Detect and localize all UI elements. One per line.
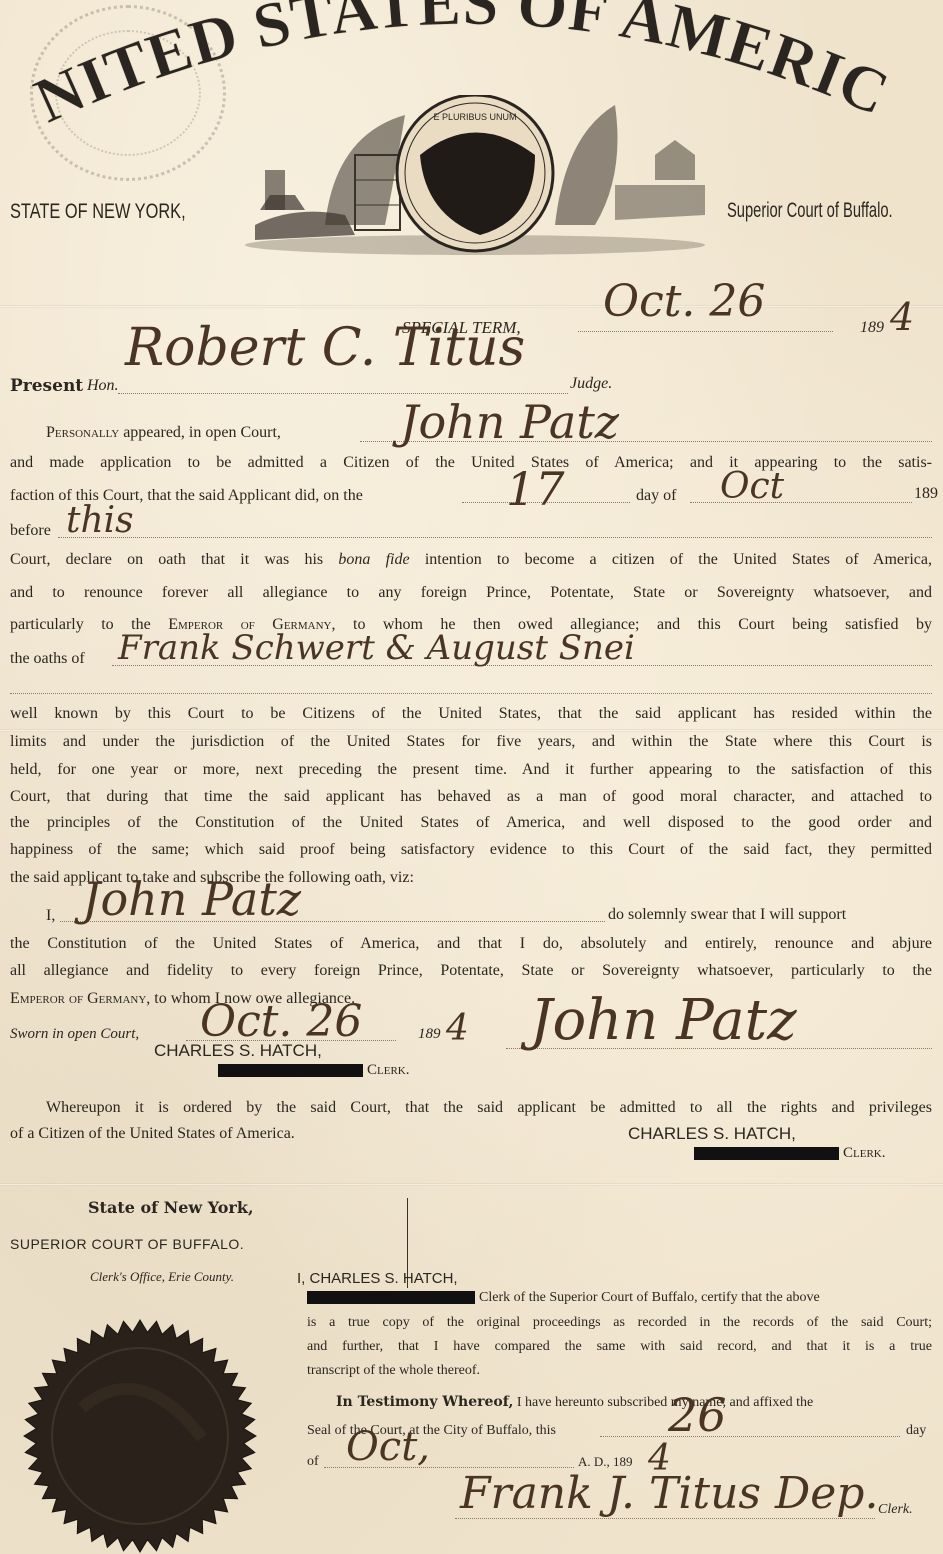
sworn-year-handwritten: 4: [446, 1008, 469, 1049]
oath-clerk-line: Clerk.: [218, 1062, 409, 1079]
before-court-field[interactable]: [58, 537, 932, 538]
certificate-month-handwritten: Oct,: [346, 1424, 430, 1470]
redaction-bar: [218, 1064, 363, 1077]
certificate-line: is a true copy of the original proceedin…: [307, 1313, 932, 1333]
certificate-line: Clerk of the Superior Court of Buffalo, …: [307, 1290, 820, 1306]
personally-appeared-text: Personally appeared, in open Court,: [46, 423, 281, 443]
certificate-signature-handwritten: Frank J. Titus Dep.: [460, 1468, 878, 1519]
body-line: and made application to be admitted a Ci…: [10, 453, 932, 473]
body-line: faction of this Court, that the said App…: [10, 486, 363, 506]
term-date-handwritten: Oct. 26: [603, 276, 765, 327]
state-heading: STATE OF NEW YORK,: [10, 200, 186, 224]
body-line: well known by this Court to be Citizens …: [10, 704, 932, 724]
bona-fide-italic: bona fide: [338, 551, 409, 568]
certificate-line: and further, that I have compared the sa…: [307, 1337, 932, 1357]
text-span: I have hereunto subscribed my name, and …: [517, 1395, 813, 1410]
redaction-bar: [307, 1291, 475, 1304]
present-label: Present: [10, 376, 83, 396]
body-line: Court, that during that time the said ap…: [10, 787, 932, 807]
testimony-blackletter: In Testimony Whereof,: [336, 1394, 513, 1410]
text-span: intention to become a citizen of the Uni…: [410, 551, 932, 568]
day-of-label: day of: [636, 486, 676, 506]
order-text: Whereupon it is ordered by the said Cour…: [46, 1098, 932, 1118]
oath-i-label: I,: [46, 906, 55, 926]
body-line: held, for one year or more, next precedi…: [10, 760, 932, 780]
order-text: of a Citizen of the United States of Ame…: [10, 1124, 295, 1144]
personally-word: Personally: [46, 424, 119, 441]
certificate-office: Clerk's Office, Erie County.: [90, 1269, 234, 1285]
before-label: before: [10, 521, 51, 541]
svg-text:E PLURIBUS UNUM: E PLURIBUS UNUM: [433, 112, 516, 122]
text-span: Clerk of the Superior Court of Buffalo, …: [479, 1290, 820, 1305]
witnesses-field-continued[interactable]: [10, 693, 932, 694]
clerk-title: Clerk.: [843, 1145, 885, 1161]
sworn-date-handwritten: Oct. 26: [200, 996, 362, 1047]
emperor-small-caps: Emperor of Germany: [10, 990, 146, 1007]
court-heading: Superior Court of Buffalo.: [727, 199, 893, 223]
certificate-day-label: day: [906, 1421, 926, 1441]
applicant-signature-handwritten: John Patz: [530, 988, 797, 1053]
hon-label: Hon.: [87, 376, 119, 396]
body-line: happiness of the same; which said proof …: [10, 840, 932, 860]
witnesses-handwritten: Frank Schwert & August Snei: [118, 628, 635, 668]
body-line: the principles of the Constitution of th…: [10, 813, 932, 833]
term-year-prefix: 189: [860, 318, 884, 338]
body-line: and to renounce forever all allegiance t…: [10, 583, 932, 603]
sworn-year-prefix: 189: [418, 1024, 441, 1044]
oath-clerk-name: CHARLES S. HATCH,: [154, 1041, 322, 1061]
declaration-day-handwritten: 17: [506, 462, 565, 516]
oath-text: all allegiance and fidelity to every for…: [10, 961, 932, 981]
redaction-bar: [694, 1147, 839, 1160]
embossed-seal-icon: [22, 1318, 258, 1554]
clerk-title: Clerk.: [367, 1062, 409, 1078]
term-date-field[interactable]: [578, 331, 833, 332]
certificate-of-label: of: [307, 1452, 319, 1472]
judge-name-field[interactable]: [118, 393, 568, 394]
paper-fold: [0, 1183, 943, 1186]
oath-name-handwritten: John Patz: [82, 872, 301, 926]
great-seal-engraving-icon: E PLURIBUS UNUM: [235, 95, 715, 255]
certificate-clerk-name: I, CHARLES S. HATCH,: [297, 1270, 458, 1287]
applicant-name-handwritten: John Patz: [400, 395, 619, 449]
appeared-text: appeared, in open Court,: [119, 424, 281, 441]
judge-label: Judge.: [570, 374, 612, 394]
text-span: Court, declare on oath that it was his: [10, 551, 338, 568]
testimony-line: In Testimony Whereof, I have hereunto su…: [336, 1392, 813, 1413]
paper-fold: [0, 305, 943, 308]
order-clerk-name: CHARLES S. HATCH,: [628, 1124, 796, 1144]
sworn-label: Sworn in open Court,: [10, 1024, 139, 1044]
certificate-court: SUPERIOR COURT OF BUFFALO.: [10, 1236, 244, 1252]
judge-name-handwritten: Robert C. Titus: [125, 318, 525, 378]
order-clerk-line: Clerk.: [694, 1145, 885, 1162]
term-year-handwritten: 4: [890, 295, 914, 339]
body-line: Court, declare on oath that it was his b…: [10, 550, 932, 570]
oath-text: the Constitution of the United States of…: [10, 934, 932, 954]
declaration-month-handwritten: Oct: [720, 466, 784, 507]
certificate-day-handwritten: 26: [668, 1388, 727, 1442]
declaration-year-prefix: 189: [914, 484, 938, 504]
certificate-line: transcript of the whole thereof.: [307, 1361, 480, 1381]
certificate-line: Seal of the Court, at the City of Buffal…: [307, 1421, 556, 1441]
oath-text: do solemnly swear that I will support: [608, 905, 846, 925]
certificate-clerk-label: Clerk.: [878, 1500, 913, 1520]
before-court-handwritten: this: [66, 500, 134, 541]
body-line: limits and under the jurisdiction of the…: [10, 732, 932, 752]
certificate-state: State of New York,: [88, 1198, 254, 1217]
oaths-of-label: the oaths of: [10, 649, 85, 669]
certificate-day-field[interactable]: [600, 1436, 900, 1437]
